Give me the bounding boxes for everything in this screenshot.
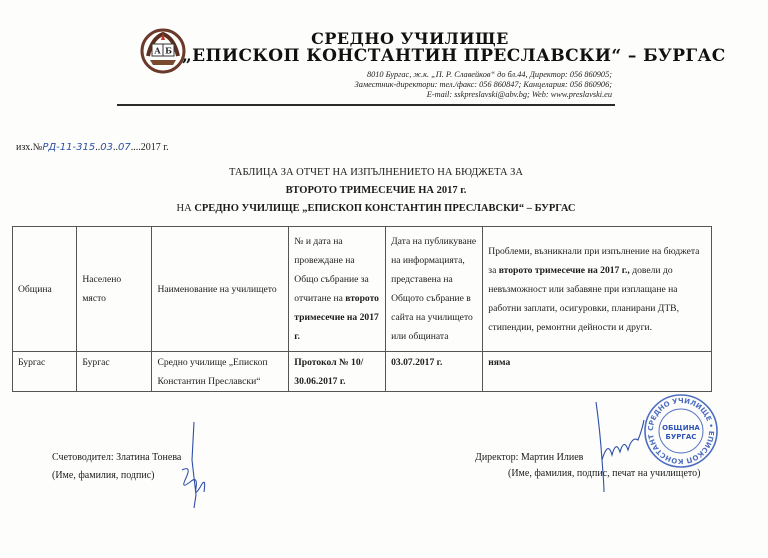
contact-email-web: E-mail: sskpreslavski@abv.bg; Web: www.p… (427, 90, 612, 99)
cell-publication: 03.07.2017 г. (386, 352, 483, 392)
logo-letter-b: Б (165, 46, 172, 56)
cell-school-name: Средно училище „Епископ Константин Пресл… (152, 352, 289, 392)
report-title-line3-prefix: НА (177, 203, 195, 214)
report-title-school-name: СРЕДНО УЧИЛИЩЕ „ЕПИСКОП КОНСТАНТИН ПРЕСЛ… (194, 203, 575, 214)
reference-day-handwritten: 03 (100, 142, 113, 153)
school-stamp: СРЕДНО УЧИЛИЩЕ • ЕПИСКОП КОНСТАНТИН ПРЕС… (643, 393, 719, 469)
logo-letter-a: А (154, 46, 161, 56)
budget-report-table: Община Населено място Наименование на уч… (12, 226, 712, 392)
report-title-line2: ВТОРОТО ТРИМЕСЕЧИЕ НА 2017 г. (0, 185, 760, 196)
cell-meeting: Протокол № 10/ 30.06.2017 г. (289, 352, 386, 392)
director-signature (590, 400, 650, 495)
contact-phones: Заместник-директори: тел./факс: 056 8608… (355, 80, 612, 89)
stamp-inner-line1: ОБЩИНА (662, 424, 700, 432)
report-title-line1: ТАБЛИЦА ЗА ОТЧЕТ НА ИЗПЪЛНЕНИЕТО НА БЮДЖ… (0, 167, 760, 178)
cell-problems: няма (483, 352, 712, 392)
accountant-caption: (Име, фамилия, подпис) (52, 470, 154, 481)
school-logo: А Б (140, 28, 186, 74)
table-row: Бургас Бургас Средно училище „Епископ Ко… (13, 352, 712, 392)
header-meeting: № и дата на провеждане на Общо събрание … (289, 227, 386, 352)
outgoing-reference: изх.№РД-11-315..03..07....2017 г. (16, 142, 169, 153)
header-school-name: Наименование на училището (152, 227, 289, 352)
reference-month-handwritten: 07 (118, 142, 131, 153)
cell-settlement: Бургас (77, 352, 152, 392)
reference-prefix: изх.№ (16, 142, 42, 153)
stamp-inner-line2: БУРГАС (666, 433, 697, 441)
accountant-signature (172, 420, 212, 510)
contact-address: 8010 Бургас, ж.к. „П. Р. Славейков“ до б… (367, 70, 612, 79)
header-municipality: Община (13, 227, 77, 352)
table-header-row: Община Населено място Наименование на уч… (13, 227, 712, 352)
letterhead-divider (117, 104, 615, 106)
reference-year: 2017 г. (141, 142, 169, 153)
header-settlement: Населено място (77, 227, 152, 352)
reference-number-handwritten: РД-11-315 (42, 142, 95, 153)
reference-dots: .... (131, 142, 141, 153)
school-title-line2: „ЕПИСКОП КОНСТАНТИН ПРЕСЛАВСКИ“ – БУРГАС (182, 46, 632, 66)
header-publication: Дата на публикуване на информацията, пре… (386, 227, 483, 352)
accountant-name: Счетоводител: Златина Тонева (52, 452, 181, 463)
director-name: Директор: Мартин Илиев (475, 452, 583, 463)
header-problems-bold: второто тримесечие на 2017 г., (499, 265, 630, 276)
report-title-line3: НА СРЕДНО УЧИЛИЩЕ „ЕПИСКОП КОНСТАНТИН ПР… (0, 203, 760, 214)
header-problems: Проблеми, възникнали при изпълнение на б… (483, 227, 712, 352)
cell-municipality: Бургас (13, 352, 77, 392)
